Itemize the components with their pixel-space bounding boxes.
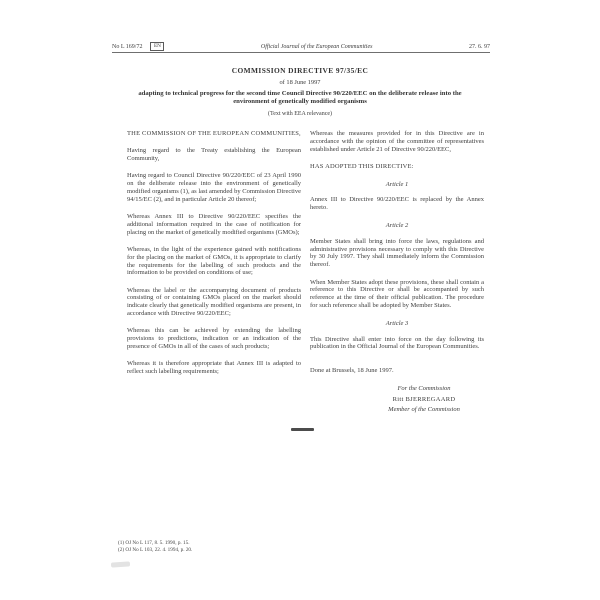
eea-relevance-note: (Text with EEA relevance)	[130, 111, 470, 117]
signature-for: For the Commission	[365, 384, 483, 395]
left-column: THE COMMISSION OF THE EUROPEAN COMMUNITI…	[127, 130, 301, 416]
article-2-heading: Article 2	[310, 222, 484, 230]
right-column: Whereas the measures provided for in thi…	[310, 130, 484, 416]
recital-paragraph: Whereas, in the light of the experience …	[127, 246, 301, 277]
article-3-text: This Directive shall enter into force on…	[310, 336, 484, 352]
header-rule	[112, 52, 490, 53]
journal-title: Official Journal of the European Communi…	[164, 44, 469, 50]
preamble-opening: THE COMMISSION OF THE EUROPEAN COMMUNITI…	[127, 130, 301, 138]
scan-artifact	[111, 561, 130, 567]
signature-name: Ritt BJERREGAARD	[365, 395, 483, 406]
footnote: (1) OJ No L 117, 8. 5. 1990, p. 15.	[118, 540, 278, 547]
recital-paragraph: Having regard to the Treaty establishing…	[127, 147, 301, 163]
article-1-heading: Article 1	[310, 181, 484, 189]
footnote: (2) OJ No L 103, 22. 4. 1994, p. 20.	[118, 547, 278, 554]
article-2-paragraph: Member States shall bring into force the…	[310, 238, 484, 269]
directive-subtitle: adapting to technical progress for the s…	[130, 90, 470, 106]
header-date: 27. 6. 97	[469, 44, 490, 50]
signature-place-date: Done at Brussels, 18 June 1997.	[310, 367, 484, 375]
end-dash-mark	[291, 428, 314, 431]
issue-number: No L 169/72	[112, 44, 142, 50]
footnotes: (1) OJ No L 117, 8. 5. 1990, p. 15. (2) …	[118, 540, 278, 553]
recital-paragraph: Whereas this can be achieved by extendin…	[127, 327, 301, 350]
recital-paragraph: Whereas Annex III to Directive 90/220/EE…	[127, 213, 301, 236]
article-2-paragraph: When Member States adopt these provision…	[310, 279, 484, 310]
language-badge: EN	[150, 42, 164, 51]
journal-header: No L 169/72 EN Official Journal of the E…	[112, 41, 490, 52]
signature-title: Member of the Commission	[365, 405, 483, 416]
directive-title: COMMISSION DIRECTIVE 97/35/EC	[130, 66, 470, 75]
recital-paragraph: Whereas the measures provided for in thi…	[310, 130, 484, 153]
article-1-text: Annex III to Directive 90/220/EEC is rep…	[310, 196, 484, 212]
directive-date: of 18 June 1997	[130, 79, 470, 86]
title-block: COMMISSION DIRECTIVE 97/35/EC of 18 June…	[130, 66, 470, 117]
recital-paragraph: Having regard to Council Directive 90/22…	[127, 172, 301, 203]
recital-paragraph: Whereas it is therefore appropriate that…	[127, 360, 301, 376]
article-3-heading: Article 3	[310, 320, 484, 328]
recital-paragraph: Whereas the label or the accompanying do…	[127, 287, 301, 318]
body-columns: THE COMMISSION OF THE EUROPEAN COMMUNITI…	[127, 130, 484, 416]
enacting-formula: HAS ADOPTED THIS DIRECTIVE:	[310, 163, 484, 171]
signature-block: For the Commission Ritt BJERREGAARD Memb…	[365, 384, 483, 416]
document-page: No L 169/72 EN Official Journal of the E…	[0, 0, 600, 600]
